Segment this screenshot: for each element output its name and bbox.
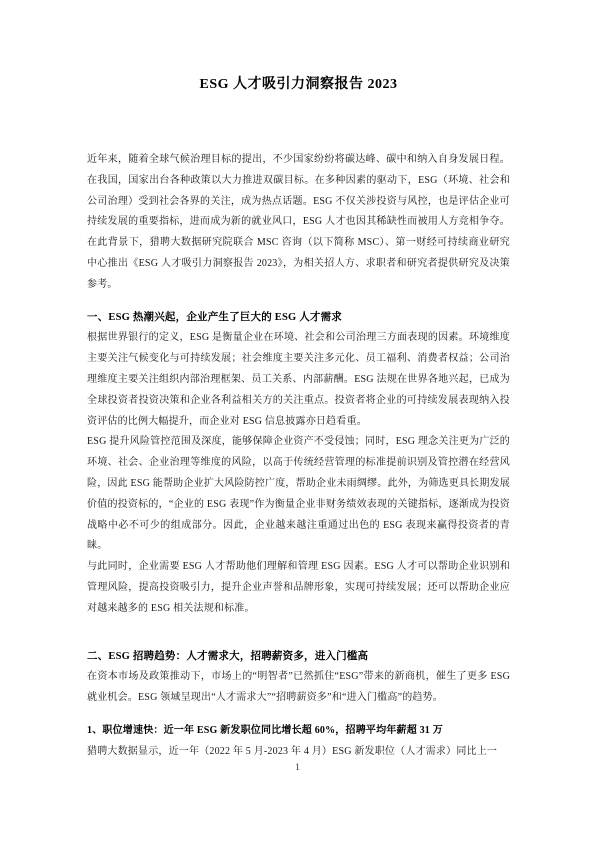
section-2-heading: 二、ESG 招聘趋势：人才需求大，招聘薪资多，进入门槛高 — [87, 647, 510, 668]
section-1-paragraph-2: ESG 提升风险管控范围及深度，能够保障企业资产不受侵蚀；同时，ESG 理念关注… — [87, 432, 510, 557]
document-page: ESG 人才吸引力洞察报告 2023 近年来，随着全球气候治理目标的提出，不少国… — [0, 0, 595, 841]
section-2-subheading-1-paragraph: 猎聘大数据显示，近一年（2022 年 5 月-2023 年 4 月）ESG 新发… — [87, 742, 510, 763]
section-1-paragraph-3: 与此同时，企业需要 ESG 人才帮助他们理解和管理 ESG 因素。ESG 人才可… — [87, 557, 510, 619]
section-1-heading: 一、ESG 热潮兴起，企业产生了巨大的 ESG 人才需求 — [87, 308, 510, 329]
section-1-paragraph-1: 根据世界银行的定义，ESG 是衡量企业在环境、社会和公司治理三方面表现的因素。环… — [87, 328, 510, 432]
section-2-paragraph-1: 在资本市场及政策推动下，市场上的“明智者”已然抓住“ESG”带来的新商机，催生了… — [87, 667, 510, 709]
section-2-subheading-1: 1、职位增速快：近一年 ESG 新发职位同比增长超 60%，招聘平均年薪超 31… — [87, 721, 510, 742]
report-title: ESG 人才吸引力洞察报告 2023 — [87, 74, 510, 96]
page-number: 1 — [0, 763, 595, 773]
intro-paragraph: 近年来，随着全球气候治理目标的提出，不少国家纷纷将碳达峰、碳中和纳入自身发展日程… — [87, 150, 510, 296]
